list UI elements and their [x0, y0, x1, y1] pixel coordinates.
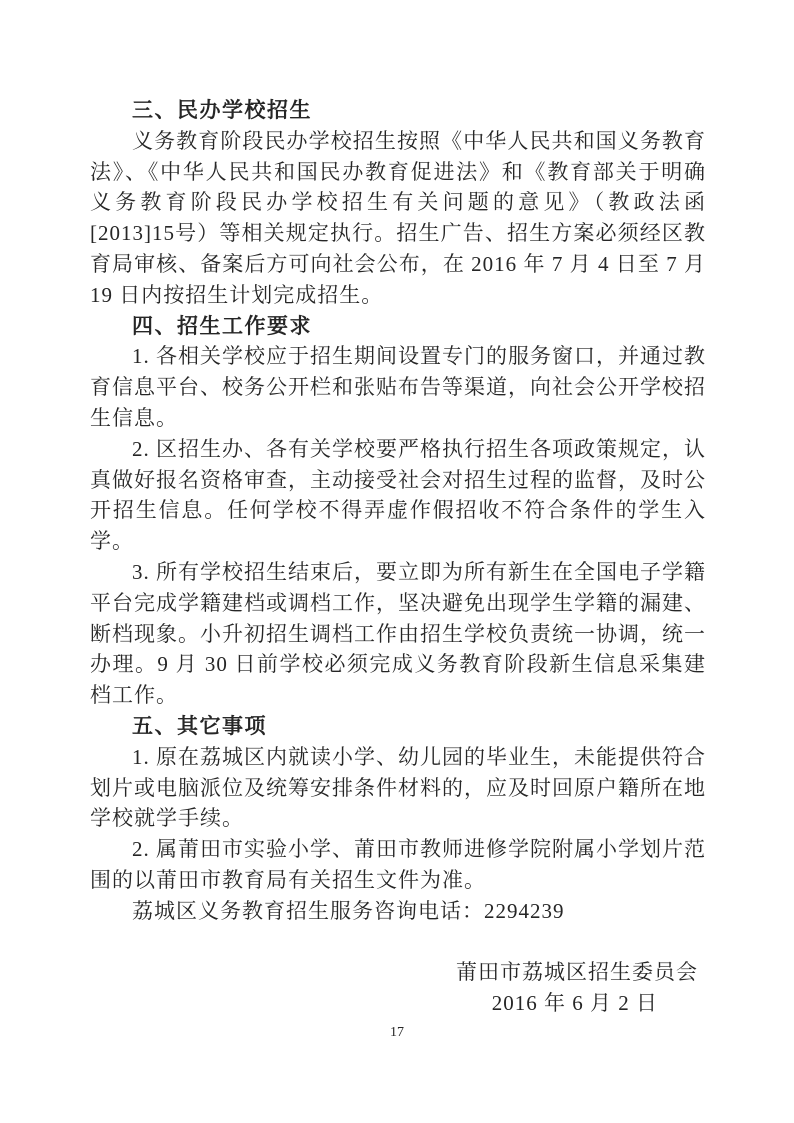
- signature-block: 莆田市荔城区招生委员会 2016 年 6 月 2 日: [90, 957, 706, 1019]
- paragraph-other-1: 1. 原在荔城区内就读小学、幼儿园的毕业生，未能提供符合划片或电脑派位及统筹安排…: [90, 742, 706, 834]
- paragraph-private-school-enrollment: 义务教育阶段民办学校招生按照《中华人民共和国义务教育法》、《中华人民共和国民办教…: [90, 126, 706, 311]
- paragraph-requirement-2: 2. 区招生办、各有关学校要严格执行招生各项政策规定，认真做好报名资格审查，主动…: [90, 434, 706, 557]
- paragraph-requirement-3: 3. 所有学校招生结束后，要立即为所有新生在全国电子学籍平台完成学籍建档或调档工…: [90, 557, 706, 711]
- page-number: 17: [0, 1025, 794, 1041]
- document-page: 三、民办学校招生 义务教育阶段民办学校招生按照《中华人民共和国义务教育法》、《中…: [0, 0, 794, 1123]
- section-heading-enrollment-work-requirements: 四、招生工作要求: [90, 311, 706, 342]
- contact-phone-line: 荔城区义务教育招生服务咨询电话：2294239: [90, 896, 706, 927]
- section-heading-private-school-enrollment: 三、民办学校招生: [90, 95, 706, 126]
- signature-date: 2016 年 6 月 2 日: [90, 988, 706, 1019]
- signature-organization: 莆田市荔城区招生委员会: [90, 957, 706, 988]
- section-heading-other-matters: 五、其它事项: [90, 711, 706, 742]
- paragraph-requirement-1: 1. 各相关学校应于招生期间设置专门的服务窗口，并通过教育信息平台、校务公开栏和…: [90, 341, 706, 433]
- paragraph-other-2: 2. 属莆田市实验小学、莆田市教师进修学院附属小学划片范围的以莆田市教育局有关招…: [90, 834, 706, 896]
- document-body: 三、民办学校招生 义务教育阶段民办学校招生按照《中华人民共和国义务教育法》、《中…: [90, 95, 706, 1019]
